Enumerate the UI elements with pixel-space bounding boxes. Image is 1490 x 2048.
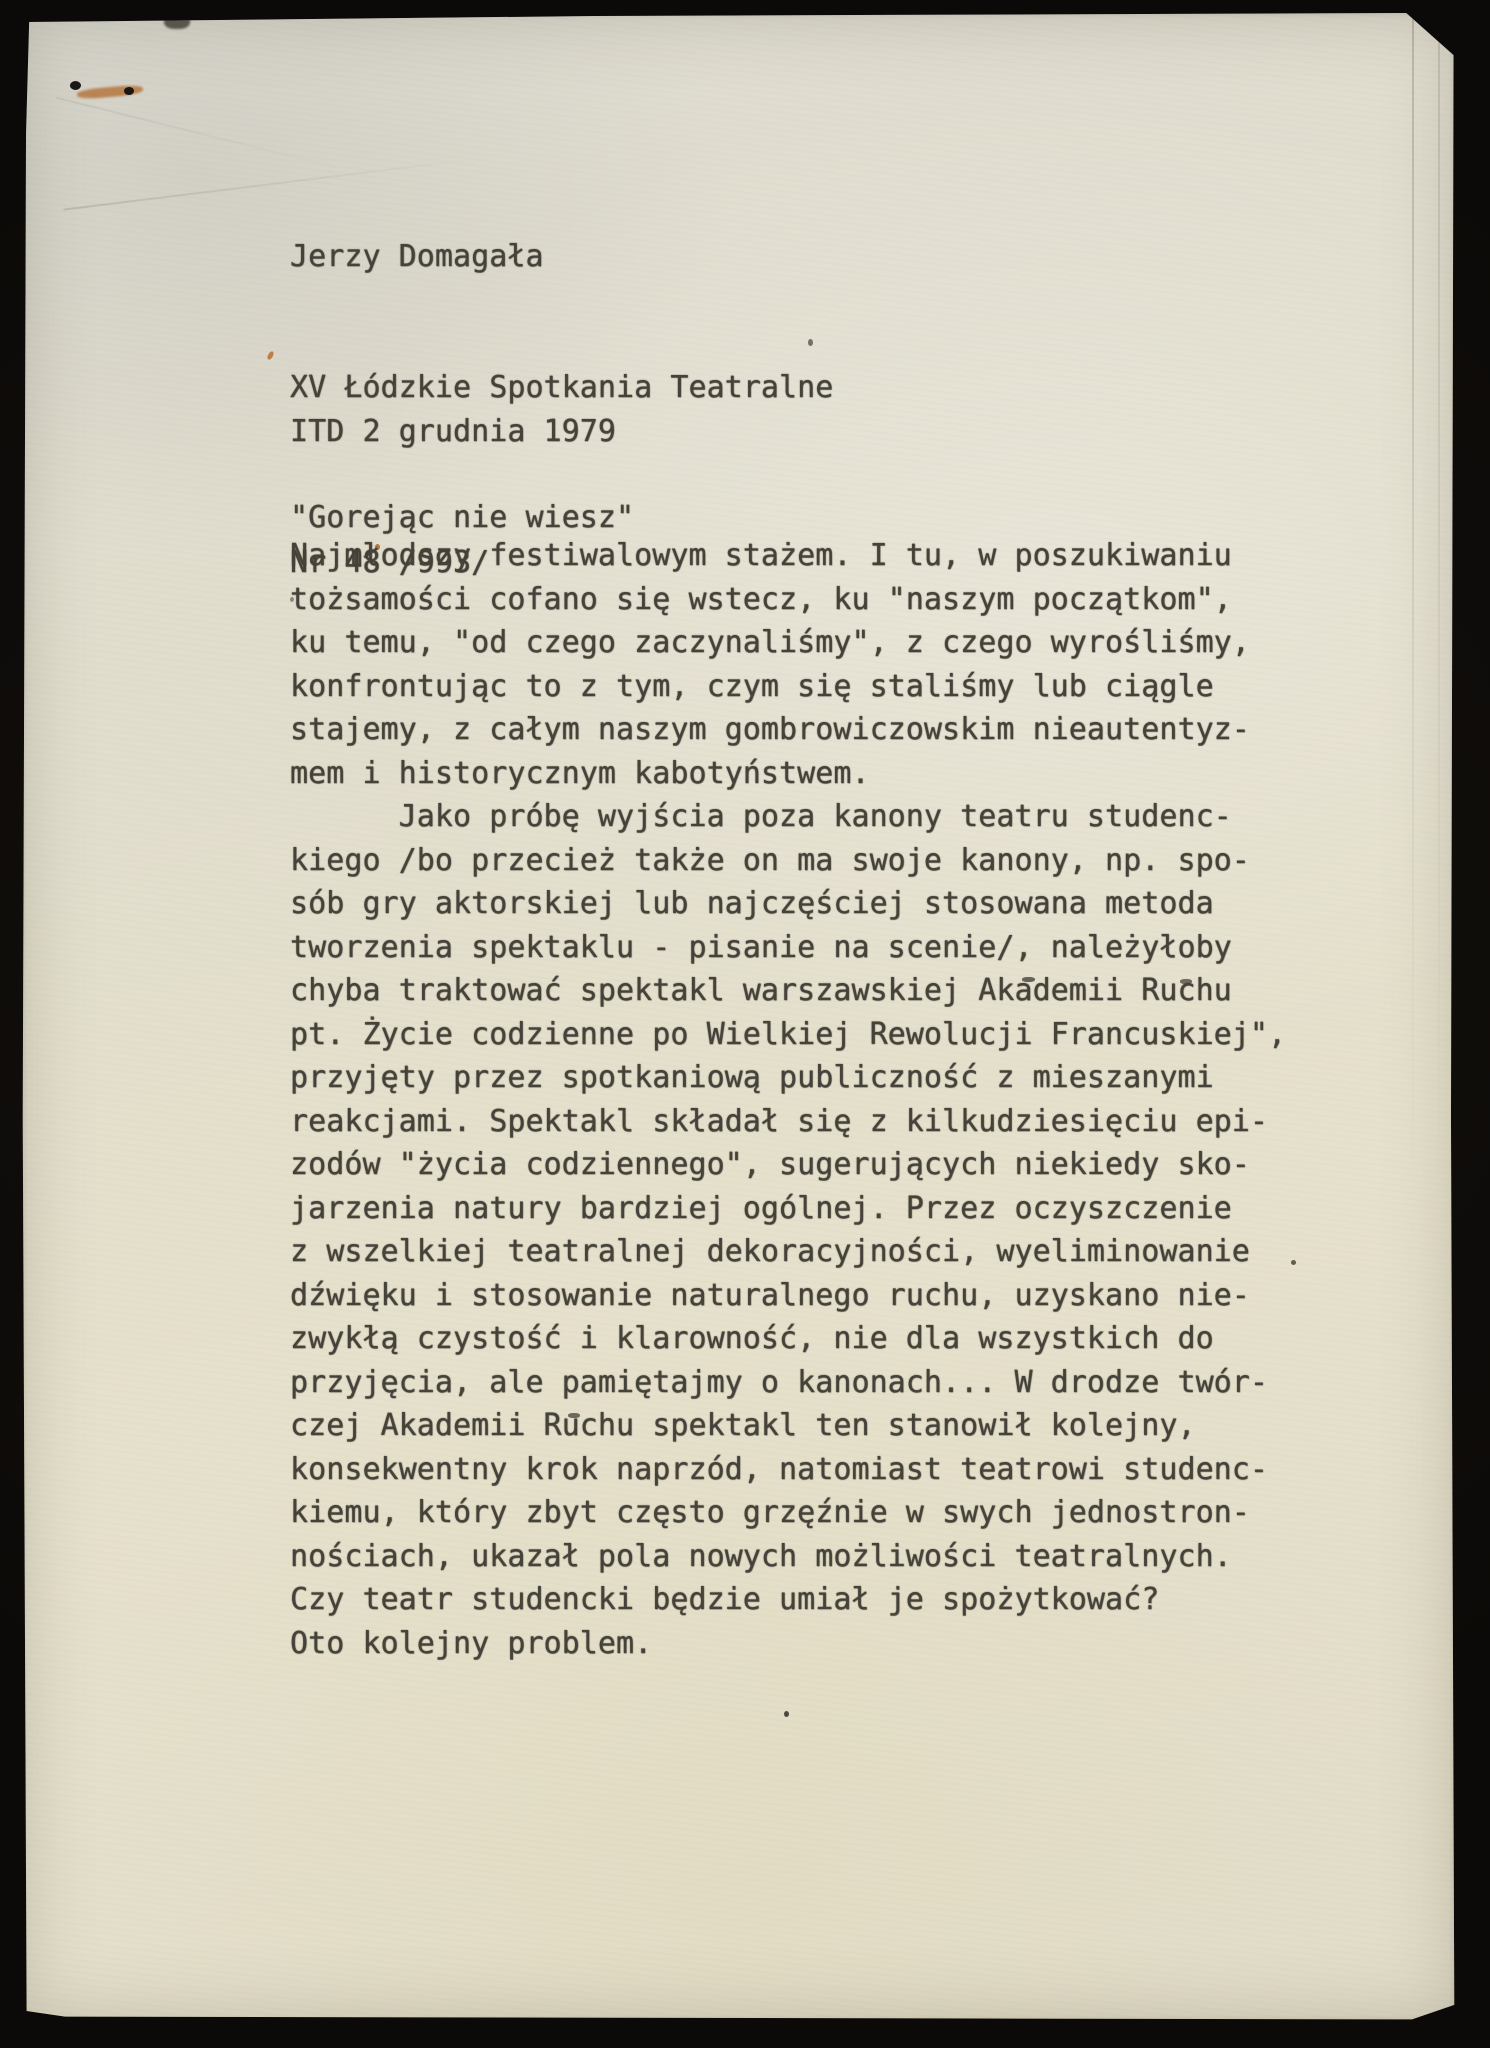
staple-hole [124,87,134,95]
paper-crease [1412,13,1414,1178]
text-line: chyba traktować spektakl warszawskiej Ak… [290,969,1286,1013]
text-line: kiemu, który zbyt często grzęźnie w swyc… [290,1491,1286,1535]
text-line: jarzenia natury bardziej ogólnej. Przez … [290,1187,1286,1231]
text-line: Jako próbę wyjścia poza kanony teatru st… [290,795,1286,839]
paper-speck [267,350,275,360]
text-line: z wszelkiej teatralnej dekoracyjności, w… [290,1230,1286,1274]
edge-smudge [164,13,190,29]
text-line: przyjęty przez spotkaniową publiczność z… [290,1056,1286,1100]
text-line: pt. Życie codzienne po Wielkiej Rewolucj… [290,1013,1286,1057]
text-line: zwykłą czystość i klarowność, nie dla ws… [290,1317,1286,1361]
text-line: tworzenia spektaklu - pisanie na scenie/… [290,926,1286,970]
scan-background: { "document": { "kind": "typewritten pre… [0,0,1490,2048]
text-line: Oto kolejny problem. [290,1622,1286,1666]
staple-hole [70,81,81,90]
text-line: nościach, ukazał pola nowych możliwości … [290,1535,1286,1579]
text-line: reakcjami. Spektakl składał się z kilkud… [290,1100,1286,1144]
text-line: czej Akademii Ruchu spektakl ten stanowi… [290,1404,1286,1448]
text-line: Najmłodszy festiwalowym stażem. I tu, w … [290,534,1286,578]
text-line: kiego /bo przecież także on ma swoje kan… [290,839,1286,883]
text-line: mem i historycznym kabotyństwem. [290,752,1286,796]
text-line: przyjęcia, ale pamiętajmy o kanonach... … [290,1361,1286,1405]
text-line: Czy teatr studencki będzie umiał je spoż… [290,1578,1286,1622]
text-line: stajemy, z całym naszym gombrowiczowskim… [290,708,1286,752]
paper-speck [1291,1260,1296,1265]
document-body: Najmłodszy festiwalowym stażem. I tu, w … [290,534,1286,1665]
text-line: sób gry aktorskiej lub najczęściej stoso… [290,882,1286,926]
text-line: dźwięku i stosowanie naturalnego ruchu, … [290,1274,1286,1318]
paper-speck [784,1711,789,1717]
text-line: zodów "życia codziennego", sugerujących … [290,1143,1286,1187]
paper-crease [1438,13,1440,1178]
text-line: tożsamości cofano się wstecz, ku "naszym… [290,578,1286,622]
author-line: Jerzy Domagała [290,235,833,279]
text-line: konfrontując to z tym, czym się staliśmy… [290,665,1286,709]
publication-source-line: ITD 2 grudnia 1979 [290,410,616,454]
text-line: konsekwentny krok naprzód, natomiast tea… [290,1448,1286,1492]
text-line: ku temu, "od czego zaczynaliśmy", z czeg… [290,621,1286,665]
